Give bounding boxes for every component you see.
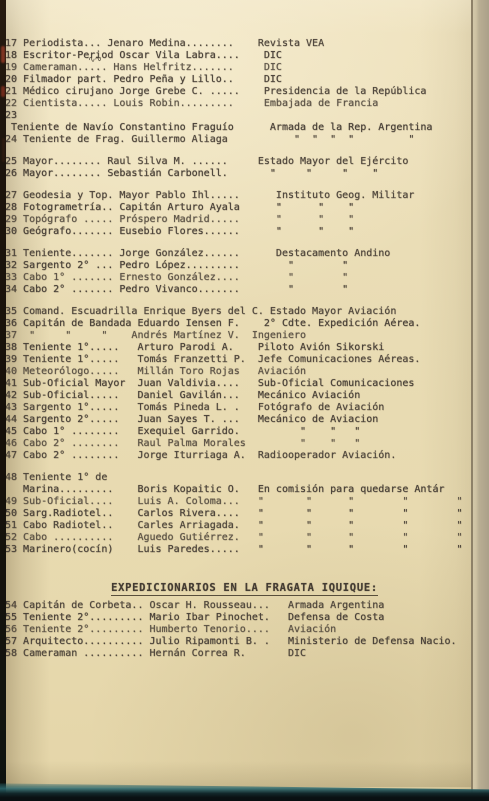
roster-line: 56 Teniente 2°......... Humberto Tenorio… bbox=[5, 624, 489, 636]
roster-line: 27 Geodesia y Top. Mayor Pablo Ihl..... … bbox=[5, 190, 489, 202]
binding-red-mark bbox=[1, 86, 5, 97]
roster-line: 39 Teniente 1°..... Tomás Franzetti P. J… bbox=[5, 354, 489, 366]
roster-line: 44 Sargento 2°..... Juan Sayes T. ... Me… bbox=[5, 414, 489, 426]
entries-54-58: 54 Capitán de Corbeta.. Oscar H. Roussea… bbox=[5, 600, 489, 660]
typed-content-fragata: 54 Capitán de Corbeta.. Oscar H. Roussea… bbox=[0, 600, 489, 660]
roster-line: 21 Médico cirujano Jorge Grebe C. ..... … bbox=[5, 86, 489, 98]
roster-line: 36 Capitán de Bandada Eduardo Iensen F. … bbox=[5, 318, 489, 330]
entries-17-24: 17 Periodista... Jenaro Medina........ R… bbox=[5, 38, 489, 146]
roster-line: 48 Teniente 1° de bbox=[5, 472, 489, 484]
roster-line: 52 Cabo .......... Aguedo Gutiérrez. " "… bbox=[5, 532, 489, 544]
entries-27-30: 27 Geodesia y Top. Mayor Pablo Ihl..... … bbox=[5, 190, 489, 238]
right-page-edge bbox=[471, 0, 489, 801]
entries-48-53: 48 Teniente 1° de Marina......... Boris … bbox=[5, 472, 489, 556]
roster-line: 51 Cabo Radiotel.. Carles Arriagada. " "… bbox=[5, 520, 489, 532]
roster-line: 41 Sub-Oficial Mayor Juan Valdivia.... S… bbox=[5, 378, 489, 390]
roster-line: 37 " " " Andrés Martínez V. Ingeniero bbox=[5, 330, 489, 342]
binding-red-mark bbox=[2, 138, 5, 162]
entries-25-26: 25 Mayor........ Raul Silva M. ...... Es… bbox=[5, 156, 489, 180]
roster-line: 18 Escritor-Period Oscar Vila Labra.... … bbox=[5, 50, 489, 62]
typed-content: 17 Periodista... Jenaro Medina........ R… bbox=[0, 0, 489, 556]
handwritten-squiggle: ∿∿ bbox=[88, 54, 102, 65]
roster-line: Teniente de Navío Constantino Fraguío Ar… bbox=[5, 122, 489, 134]
roster-line: 54 Capitán de Corbeta.. Oscar H. Roussea… bbox=[5, 600, 489, 612]
roster-line: 55 Teniente 2°......... Mario Ibar Pinoc… bbox=[5, 612, 489, 624]
roster-line: 53 Marinero(cocín) Luis Paredes..... " "… bbox=[5, 544, 489, 556]
roster-line: 46 Cabo 2° ........ Raul Palma Morales "… bbox=[5, 438, 489, 450]
entries-35-47: 35 Comand. Escuadrilla Enrique Byers del… bbox=[5, 306, 489, 462]
roster-line: 30 Geógrafo....... Eusebio Flores...... … bbox=[5, 226, 489, 238]
bottom-paper-shade bbox=[0, 761, 489, 787]
roster-line: 22 Cientista..... Louis Robin......... E… bbox=[5, 98, 489, 110]
roster-line: 35 Comand. Escuadrilla Enrique Byers del… bbox=[5, 306, 489, 318]
roster-line: 28 Fotogrametría.. Capitán Arturo Ayala … bbox=[5, 202, 489, 214]
roster-line: Marina......... Boris Kopaitic O. En com… bbox=[5, 484, 489, 496]
roster-line: 17 Periodista... Jenaro Medina........ R… bbox=[5, 38, 489, 50]
roster-line: 40 Meteorólogo..... Millán Toro Rojas Av… bbox=[5, 366, 489, 378]
roster-line: 38 Teniente 1°..... Arturo Parodi A. Pil… bbox=[5, 342, 489, 354]
roster-line: 49 Sub-Oficial.... Luis A. Coloma... " "… bbox=[5, 496, 489, 508]
roster-line: 19 Cameraman..... Hans Helfritz....... D… bbox=[5, 62, 489, 74]
roster-line: 45 Cabo 1° ........ Exequiel Garrido. " … bbox=[5, 426, 489, 438]
roster-line: 50 Sarg.Radiotel.. Carlos Rivera.... " "… bbox=[5, 508, 489, 520]
paper-top-sheen bbox=[0, 0, 489, 34]
roster-line: 47 Cabo 2° ........ Jorge Iturriaga A. R… bbox=[5, 450, 489, 462]
roster-line: 32 Sargento 2° ... Pedro López......... … bbox=[5, 260, 489, 272]
roster-line: 20 Filmador part. Pedro Peña y Lillo.. D… bbox=[5, 74, 489, 86]
document-page: 17 Periodista... Jenaro Medina........ R… bbox=[0, 0, 489, 801]
roster-line: 42 Sub-Oficial..... Daniel Gavilán... Me… bbox=[5, 390, 489, 402]
roster-line: 57 Arquitecto.......... Julio Ripamonti … bbox=[5, 636, 489, 648]
roster-line: 34 Cabo 2° ....... Pedro Vivanco....... … bbox=[5, 284, 489, 296]
binding-red-mark bbox=[1, 46, 5, 63]
left-binding-shadow bbox=[0, 0, 6, 801]
roster-line: 31 Teniente....... Jorge González...... … bbox=[5, 248, 489, 260]
entries-31-34: 31 Teniente....... Jorge González...... … bbox=[5, 248, 489, 296]
roster-line: 25 Mayor........ Raul Silva M. ...... Es… bbox=[5, 156, 489, 168]
fragata-heading: EXPEDICIONARIOS EN LA FRAGATA IQUIQUE: bbox=[111, 582, 378, 596]
roster-line: 58 Cameraman .......... Hernán Correa R.… bbox=[5, 648, 489, 660]
roster-line: 24 Teniente de Frag. Guillermo Aliaga " … bbox=[5, 134, 489, 146]
roster-line: 43 Sargento 1°..... Tomás Pineda L. . Fo… bbox=[5, 402, 489, 414]
roster-line: 29 Topógrafo ..... Próspero Madrid..... … bbox=[5, 214, 489, 226]
fragata-heading-row: EXPEDICIONARIOS EN LA FRAGATA IQUIQUE: bbox=[0, 576, 489, 590]
roster-line: 26 Mayor........ Sebastián Carbonell. " … bbox=[5, 168, 489, 180]
roster-line: 33 Cabo 1° ....... Ernesto González.... … bbox=[5, 272, 489, 284]
roster-line: 23 bbox=[5, 110, 489, 122]
